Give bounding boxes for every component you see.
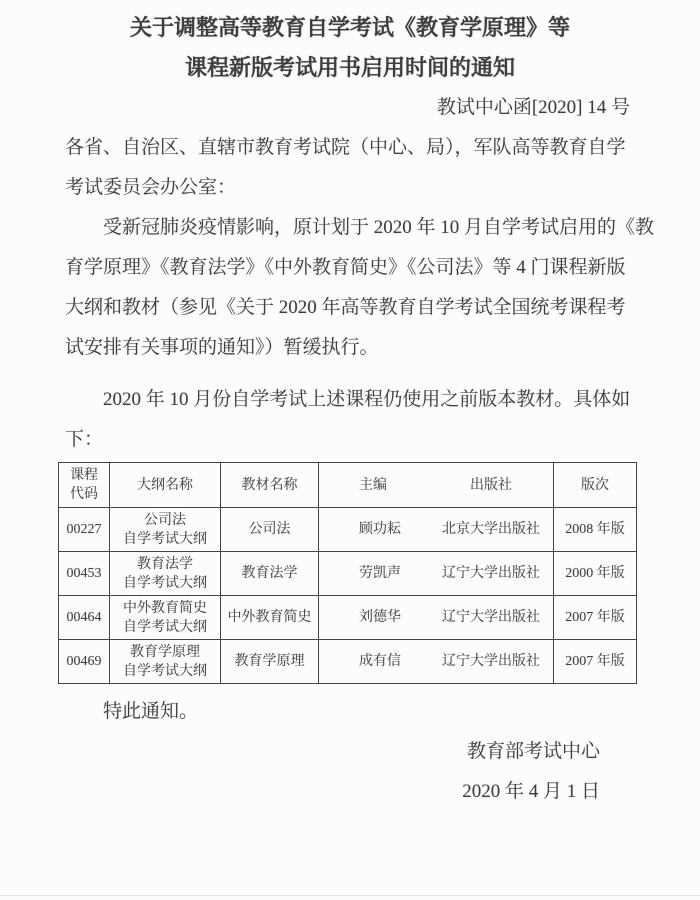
cell-course-code: 00453 [59,552,110,596]
issuing-authority: 教育部考试中心 [0,732,700,772]
paragraph1-line3: 大纲和教材（参见《关于 2020 年高等教育自学考试全国统考课程考 [0,288,700,328]
table-row: 00464 中外教育简史 自学考试大纲 中外教育简史 刘德华 辽宁大学出版社 2… [59,596,637,640]
header-outline-name: 大纲名称 [110,463,221,508]
closing-statement: 特此通知。 [0,692,700,732]
cell-editor-publisher: 刘德华 辽宁大学出版社 [319,596,554,640]
cell-editor-publisher: 顾功耘 北京大学出版社 [319,508,554,552]
cell-publisher: 辽宁大学出版社 [429,608,553,627]
paragraph2-line1: 2020 年 10 月份自学考试上述课程仍使用之前版本教材。具体如 [0,380,700,420]
cell-editor: 劳凯声 [359,564,429,583]
cell-outline-name: 公司法 自学考试大纲 [110,508,221,552]
header-editor-publisher: 主编 出版社 [319,463,554,508]
cell-publisher: 辽宁大学出版社 [429,652,553,671]
paragraph2-line2: 下： [0,420,700,460]
cell-edition: 2007 年版 [554,640,637,684]
header-editor: 主编 [359,476,429,495]
document-title-line2: 课程新版考试用书启用时间的通知 [0,48,700,88]
cell-editor: 成有信 [359,652,429,671]
cell-course-code: 00469 [59,640,110,684]
cell-edition: 2000 年版 [554,552,637,596]
cell-outline-name: 中外教育简史 自学考试大纲 [110,596,221,640]
table-row: 00453 教育法学 自学考试大纲 教育法学 劳凯声 辽宁大学出版社 2000 … [59,552,637,596]
cell-course-code: 00464 [59,596,110,640]
salutation-line1: 各省、自治区、直辖市教育考试院（中心、局），军队高等教育自学 [0,128,700,168]
salutation-line2: 考试委员会办公室： [0,168,700,208]
table-row: 00469 教育学原理 自学考试大纲 教育学原理 成有信 辽宁大学出版社 200… [59,640,637,684]
cell-editor: 刘德华 [359,608,429,627]
header-publisher: 出版社 [429,476,553,495]
cell-textbook-name: 中外教育简史 [221,596,319,640]
cell-textbook-name: 教育学原理 [221,640,319,684]
page-bottom-divider [0,895,700,896]
cell-publisher: 辽宁大学出版社 [429,564,553,583]
cell-publisher: 北京大学出版社 [429,520,553,539]
issue-date: 2020 年 4 月 1 日 [0,772,700,812]
table-row: 00227 公司法 自学考试大纲 公司法 顾功耘 北京大学出版社 2008 年版 [59,508,637,552]
scanned-notice-document: 关于调整高等教育自学考试《教育学原理》等 课程新版考试用书启用时间的通知 教试中… [0,0,700,900]
cell-outline-name: 教育法学 自学考试大纲 [110,552,221,596]
paragraph1-line2: 育学原理》《教育法学》《中外教育简史》《公司法》等 4 门课程新版 [0,248,700,288]
header-textbook-name: 教材名称 [221,463,319,508]
cell-editor-publisher: 成有信 辽宁大学出版社 [319,640,554,684]
table-header-row: 课程 代码 大纲名称 教材名称 主编 出版社 版次 [59,463,637,508]
cell-editor-publisher: 劳凯声 辽宁大学出版社 [319,552,554,596]
paragraph1-line4: 试安排有关事项的通知》）暂缓执行。 [0,328,700,368]
document-title-line1: 关于调整高等教育自学考试《教育学原理》等 [0,8,700,48]
paragraph1-line1: 受新冠肺炎疫情影响，原计划于 2020 年 10 月自学考试启用的《教 [0,208,700,248]
cell-edition: 2007 年版 [554,596,637,640]
document-number: 教试中心函[2020] 14 号 [0,88,700,128]
header-course-code: 课程 代码 [59,463,110,508]
cell-outline-name: 教育学原理 自学考试大纲 [110,640,221,684]
cell-editor: 顾功耘 [359,520,429,539]
cell-edition: 2008 年版 [554,508,637,552]
header-edition: 版次 [554,463,637,508]
cell-textbook-name: 公司法 [221,508,319,552]
cell-course-code: 00227 [59,508,110,552]
course-textbook-table: 课程 代码 大纲名称 教材名称 主编 出版社 版次 00227 公司法 自学考试… [58,462,637,684]
cell-textbook-name: 教育法学 [221,552,319,596]
